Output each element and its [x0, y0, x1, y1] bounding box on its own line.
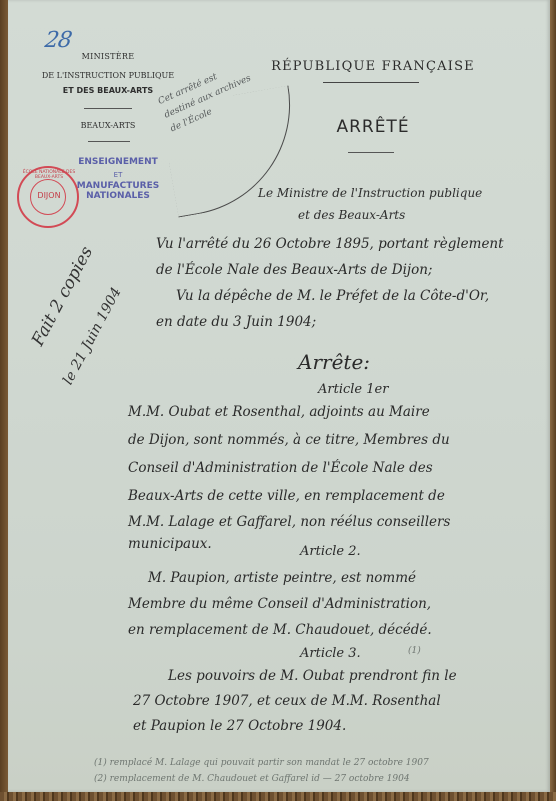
department-stamp-line-1: ENSEIGNEMENT [48, 157, 188, 167]
article-1-line: M.M. Oubat et Rosenthal, adjoints au Mai… [128, 404, 430, 420]
article-3-line: 27 Octobre 1907, et ceux de M.M. Rosenth… [133, 693, 441, 709]
article-2-heading: Article 2. [300, 544, 361, 559]
document-title: ARRÊTÉ [298, 117, 448, 137]
article-3-line: Les pouvoirs de M. Oubat prendront fin l… [168, 668, 457, 684]
wooden-frame-left [0, 0, 8, 801]
ministry-line-2: DE L'INSTRUCTION PUBLIQUE [38, 71, 178, 80]
wooden-frame-right [550, 0, 556, 801]
consideration-line: Vu l'arrêté du 26 Octobre 1895, portant … [156, 236, 504, 252]
folio-number: 28 [43, 28, 73, 53]
article-2-line: M. Paupion, artiste peintre, est nommé [148, 570, 416, 586]
article-3-footnote-marker: (1) [408, 646, 421, 656]
article-3-line: et Paupion le 27 Octobre 1904. [133, 718, 346, 734]
footnote-2: (2) remplacement de M. Chaudouet et Gaff… [94, 774, 410, 784]
article-1-heading: Article 1er [318, 382, 388, 397]
ministry-line-3: ET DES BEAUX-ARTS [38, 86, 178, 95]
article-2-line: Membre du même Conseil d'Administration, [128, 596, 431, 612]
article-1-line: M.M. Lalage et Gaffarel, non réélus cons… [128, 514, 450, 530]
ministry-line-1: MINISTÈRE [38, 52, 178, 61]
consideration-line: Vu la dépêche de M. le Préfet de la Côte… [176, 288, 489, 304]
letterhead-divider [84, 108, 132, 109]
article-1-line: de Dijon, sont nommés, à ce titre, Membr… [128, 432, 450, 448]
republic-heading: RÉPUBLIQUE FRANÇAISE [238, 59, 508, 74]
article-2-line: en remplacement de M. Chaudouet, décédé. [128, 622, 432, 638]
division-divider [88, 141, 130, 142]
consideration-line: de l'École Nale des Beaux-Arts de Dijon; [156, 262, 432, 278]
title-ornament [348, 152, 394, 153]
authority-line-2: et des Beaux-Arts [298, 208, 405, 222]
article-1-line: municipaux. [128, 536, 212, 552]
authority-line-1: Le Ministre de l'Instruction publique [258, 186, 482, 200]
consideration-line: en date du 3 Juin 1904; [156, 314, 316, 330]
school-seal-stamp: ÉCOLE NATIONALE DES BEAUX-ARTS DIJON [17, 166, 79, 228]
footnote-1: (1) remplacé M. Lalage qui pouvait parti… [94, 758, 429, 768]
wooden-frame-bottom [0, 792, 556, 801]
decision-heading: Arrête: [298, 350, 370, 374]
article-1-line: Conseil d'Administration de l'École Nale… [128, 460, 433, 476]
document-page: 28 MINISTÈRE DE L'INSTRUCTION PUBLIQUE E… [8, 0, 550, 792]
article-3-heading: Article 3. [300, 646, 361, 661]
article-1-line: Beaux-Arts de cette ville, en remplaceme… [128, 488, 445, 504]
republic-divider [323, 82, 419, 83]
seal-city: DIJON [19, 191, 79, 200]
division-label: BEAUX-ARTS [38, 121, 178, 130]
